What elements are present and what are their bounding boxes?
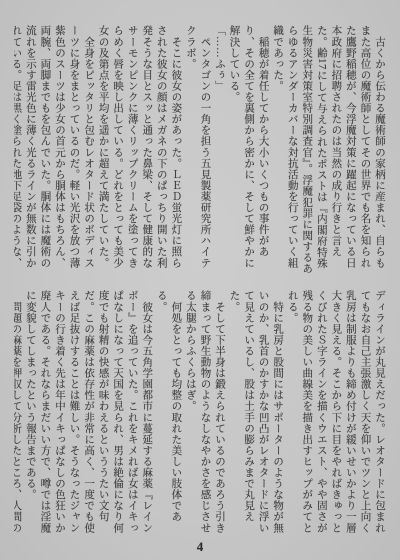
- paragraph: そこに彼女の姿があった。ＬＥＤ蛍光灯に照らされた彼女の顔はメガネの下のぱっちり開…: [95, 25, 182, 278]
- paragraph: ディラインが丸見えだった。レオタードに包まれてもなお自己主張激しく天を仰いでツン…: [284, 290, 386, 543]
- paragraph: 稲穂が着任してから大小いくつもの事件があり、その全てを裏側から密かに、そして鮮や…: [226, 25, 270, 278]
- paragraph: 古くから伝わる魔術師の家柄に産まれ、自らもまた高位の魔術師としてその世界でも名を…: [270, 25, 386, 278]
- paragraph: ペンタゴンの一角を担う五見製薬研究所ハイテクラボ。: [182, 25, 211, 278]
- text-band-bottom: ディラインが丸見えだった。レオタードに包まれてもなお自己主張激しく天を仰いでツン…: [14, 290, 386, 543]
- text-band-top: 古くから伝わる魔術師の家柄に産まれ、自らもまた高位の魔術師としてその世界でも名を…: [14, 25, 386, 278]
- paragraph: 何処をとっても均整の取れた美しい肢体である。: [153, 290, 182, 543]
- paragraph: 全身をピッタリと包むレオタード状のボディスーツに身をまとっているのだ。軽い光沢を…: [14, 25, 95, 278]
- paragraph: 問題の麻薬を押収して分析したところ、人間の科学力ではどうしても説明の付かない成分…: [14, 290, 22, 543]
- novel-page: 古くから伝わる魔術師の家柄に産まれ、自らもまた高位の魔術師としてその世界でも名を…: [0, 0, 400, 560]
- paragraph: 「……ふぅ」: [211, 25, 226, 278]
- paragraph: 特に乳房と股間にはサポーターのような物が無いのか、乳首のかすかな凹凸がレオタード…: [226, 290, 284, 543]
- page-number: 4: [0, 539, 400, 555]
- paragraph: 彼女は今五角学園都市に蔓延する麻薬『レインボー』を追っていた。これをキメれば女は…: [22, 290, 153, 543]
- paragraph: そして下半身は鍛えられているのであろう引き締まって野生動物のようなしなやかさを感…: [182, 290, 226, 543]
